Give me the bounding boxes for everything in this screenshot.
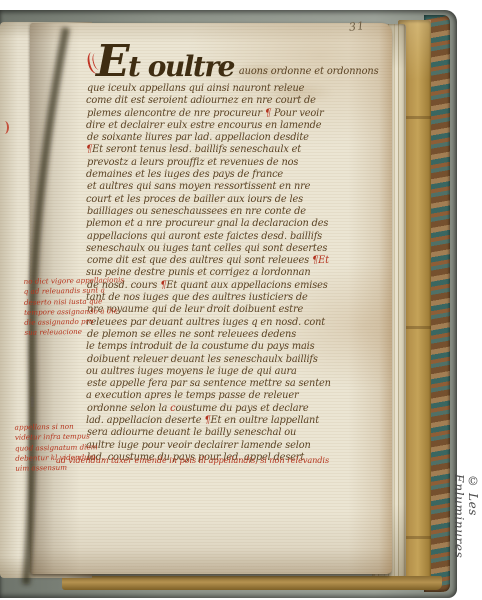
manuscript-line: come dit est que des aultres qui sont re… xyxy=(86,255,338,267)
manuscript-line: le temps introduit de la coustume du pay… xyxy=(86,341,338,353)
text-lines: que iceulx appellans qui ainsi nauront r… xyxy=(86,83,338,464)
bottom-leaf-edge xyxy=(62,576,442,590)
cut-off-red-mark xyxy=(0,121,9,134)
manuscript-line: sera adiourne deuant le bailly seneschal… xyxy=(86,427,338,439)
manuscript-line: come dit est seroient adiournez en nre c… xyxy=(86,95,338,107)
manuscript-line: plemes alencontre de nre procureur ¶ Pou… xyxy=(86,108,338,120)
manuscript-line: este appelle fera par sa sentence mettre… xyxy=(86,378,338,390)
manuscript-line: ¶Et seront tenus lesd. baillifs senescha… xyxy=(86,144,338,156)
manuscript-line: seneschaulx ou iuges tant celles qui son… xyxy=(86,243,338,255)
margin-note-line: sua releuacione xyxy=(24,327,125,339)
manuscript-line: a execution apres le temps passe de rele… xyxy=(86,390,338,402)
bottom-red-annotation: ad videndum taxer emende in pois ill app… xyxy=(56,455,329,465)
photo-credit: © Les Enluminures xyxy=(452,474,480,600)
manuscript-line: ou aultres iuges moyens le iuge de qui a… xyxy=(86,366,338,378)
manuscript-line: de soixante liures par lad. appellacion … xyxy=(86,132,338,144)
manuscript-line: bailliages ou seneschaussees en nre cont… xyxy=(86,206,338,218)
decorated-initial-words: Et oultre xyxy=(86,47,234,82)
margin-note-upper: no dict vigore appellacionisq ad releuan… xyxy=(23,275,125,339)
margin-note-lower: appellans si nonvidetur infra tempusquod… xyxy=(15,421,98,474)
manuscript-line: prevostz a leurs prouffiz et revenues de… xyxy=(86,157,338,169)
manuscript-line: dire et declairer eulx estre encourus en… xyxy=(86,120,338,132)
manuscript-line: lad. appellacion deserte ¶Et en oultre l… xyxy=(86,415,338,427)
manuscript-photo: 31 Et oultre auons ordonne et ordonnons … xyxy=(0,0,482,600)
manuscript-line: ordonne selon la coustume du pays et dec… xyxy=(86,403,338,415)
manuscript-line: doibuent releuer deuant les seneschaulx … xyxy=(86,354,338,366)
manuscript-line: et aultres qui sans moyen ressortissent … xyxy=(86,181,338,193)
manuscript-line: plemon et a nre procureur gnal la declar… xyxy=(86,218,338,230)
manuscript-line: demaines et les iuges des pays de france xyxy=(86,169,338,181)
heading-line: Et oultre auons ordonne et ordonnons xyxy=(86,46,338,82)
text-block: Et oultre auons ordonne et ordonnons que… xyxy=(86,46,338,464)
manuscript-line: appellacions qui auront este faictes des… xyxy=(86,231,338,243)
folio-number: 31 xyxy=(348,19,365,34)
manuscript-line: court et les proces de bailler aux iours… xyxy=(86,194,338,206)
manuscript-line: aultre iuge pour veoir declairer lamende… xyxy=(86,440,338,452)
heading-continuation: auons ordonne et ordonnons xyxy=(234,66,379,82)
